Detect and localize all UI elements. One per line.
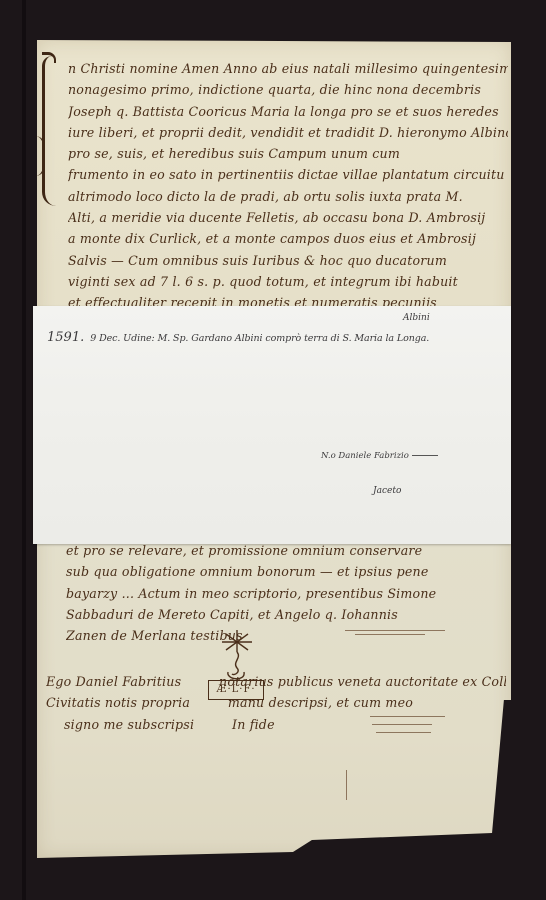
- text-line: Ego Daniel Fabritius notarius publicus v…: [46, 671, 506, 692]
- archival-signature-bottom: Jaceto: [373, 486, 401, 496]
- flourish-line: [355, 634, 425, 635]
- text-line: Zanen de Merlana testibus: [66, 625, 506, 646]
- parchment-notch: [209, 33, 217, 39]
- annotation-year: 1591.: [47, 330, 84, 345]
- decorated-initial-i: [42, 56, 65, 206]
- text-line: bayarzy ... Actum in meo scriptorio, pre…: [66, 583, 506, 604]
- text-line: iure liberi, et proprii dedit, vendidit …: [68, 122, 508, 143]
- text-line: sub qua obligatione omnium bonorum — et …: [66, 561, 506, 582]
- text-line: et pro se relevare, et promissione omniu…: [66, 540, 506, 561]
- pen-stroke: [346, 770, 347, 800]
- text-line: Sabbaduri de Mereto Capiti, et Angelo q.…: [66, 604, 506, 625]
- archival-annotation: 1591.9 Dec. Udine: M. Sp. Gardano Albini…: [47, 330, 429, 345]
- archival-signature-notary: N.o Daniele Fabrizio: [321, 451, 438, 461]
- text-line: Salvis — Cum omnibus suis Iuribus & hoc …: [68, 250, 508, 271]
- flourish-line: [376, 732, 431, 733]
- annotation-text: 9 Dec. Udine: M. Sp. Gardano Albini comp…: [90, 333, 429, 344]
- archival-signature-top: Albini: [403, 313, 430, 323]
- binding-edge: [22, 0, 26, 900]
- notarial-subscription: Ego Daniel Fabritius notarius publicus v…: [46, 671, 506, 735]
- flourish-line: [372, 724, 432, 725]
- flourish-line: [345, 630, 445, 631]
- text-line: a monte dix Curlick, et a monte campos d…: [68, 228, 508, 249]
- flourish-line: [370, 716, 445, 717]
- text-line: nonagesimo primo, indictione quarta, die…: [68, 79, 508, 100]
- text-line: Alti, a meridie via ducente Felletis, ab…: [68, 207, 508, 228]
- text-line: viginti sex ad 7 l. 6 s. p. quod totum, …: [68, 271, 508, 292]
- text-line: n Christi nomine Amen Anno ab eius natal…: [68, 58, 508, 79]
- overlay-paper-slip: Albini 1591.9 Dec. Udine: M. Sp. Gardano…: [33, 306, 511, 544]
- text-line: frumento in eo sato in pertinentiis dict…: [68, 164, 508, 185]
- text-line: Joseph q. Battista Cooricus Maria la lon…: [68, 101, 508, 122]
- text-line: altrimodo loco dicto la de pradi, ab ort…: [68, 186, 508, 207]
- text-line: pro se, suis, et heredibus suis Campum u…: [68, 143, 508, 164]
- text-line: Civitatis notis propria manu descripsi, …: [46, 692, 506, 713]
